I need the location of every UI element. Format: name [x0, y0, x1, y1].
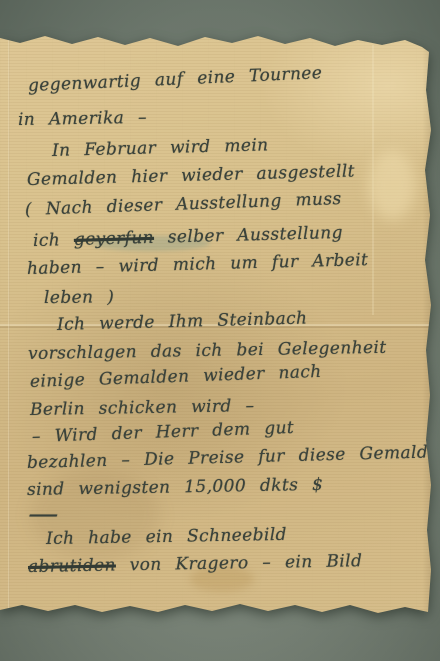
handwriting-line: Ich werde Ihm Steinbach [57, 308, 308, 335]
handwriting-line: sind wenigsten 15,000 dkts $ [27, 475, 324, 500]
handwriting-line: leben ) [44, 287, 114, 308]
handwriting-line: in Amerika – [18, 108, 147, 130]
handwriting-line: bezahlen – Die Preise fur diese Gemalde [27, 442, 439, 473]
handwriting-line: vorschlagen das ich bei Gelegenheit [28, 338, 387, 364]
struck-word: abrutiden [28, 555, 116, 577]
paper-shadow-wrap: gegenwartig auf eine Tournee in Amerika … [0, 0, 440, 661]
handwriting-line: Berlin schicken wird – [30, 396, 255, 420]
handwriting-segment: selber Ausstellung [154, 223, 343, 248]
paper-stain [368, 150, 416, 220]
handwriting-dash: — [28, 505, 59, 525]
handwriting-line: Ich habe ein Schneebild [46, 525, 287, 549]
fold-crease-vertical [8, 38, 10, 610]
handwriting-line: haben – wird mich um fur Arbeit [27, 250, 369, 279]
handwriting-line: – Wird der Herr dem gut [32, 418, 295, 447]
fold-crease-vertical-right [372, 45, 374, 315]
handwriting-line: einige Gemalden wieder nach [30, 362, 322, 392]
handwriting-line: ( Nach dieser Ausstellung muss [25, 189, 342, 220]
letter-paper: gegenwartig auf eine Tournee in Amerika … [0, 0, 440, 661]
handwriting-segment: ich [33, 230, 74, 251]
handwriting-segment: von Kragero – ein Bild [116, 551, 363, 575]
handwriting-line: In Februar wird mein [52, 135, 269, 161]
handwriting-line: gegenwartig auf eine Tournee [28, 63, 323, 96]
handwriting-line: Gemalden hier wieder ausgestellt [27, 161, 355, 190]
handwriting-line: abrutiden von Kragero – ein Bild [28, 551, 363, 577]
struck-word: geyerfun [74, 228, 155, 250]
photo-backdrop: gegenwartig auf eine Tournee in Amerika … [0, 0, 440, 661]
handwriting-line: ich geyerfun selber Ausstellung [33, 223, 343, 251]
